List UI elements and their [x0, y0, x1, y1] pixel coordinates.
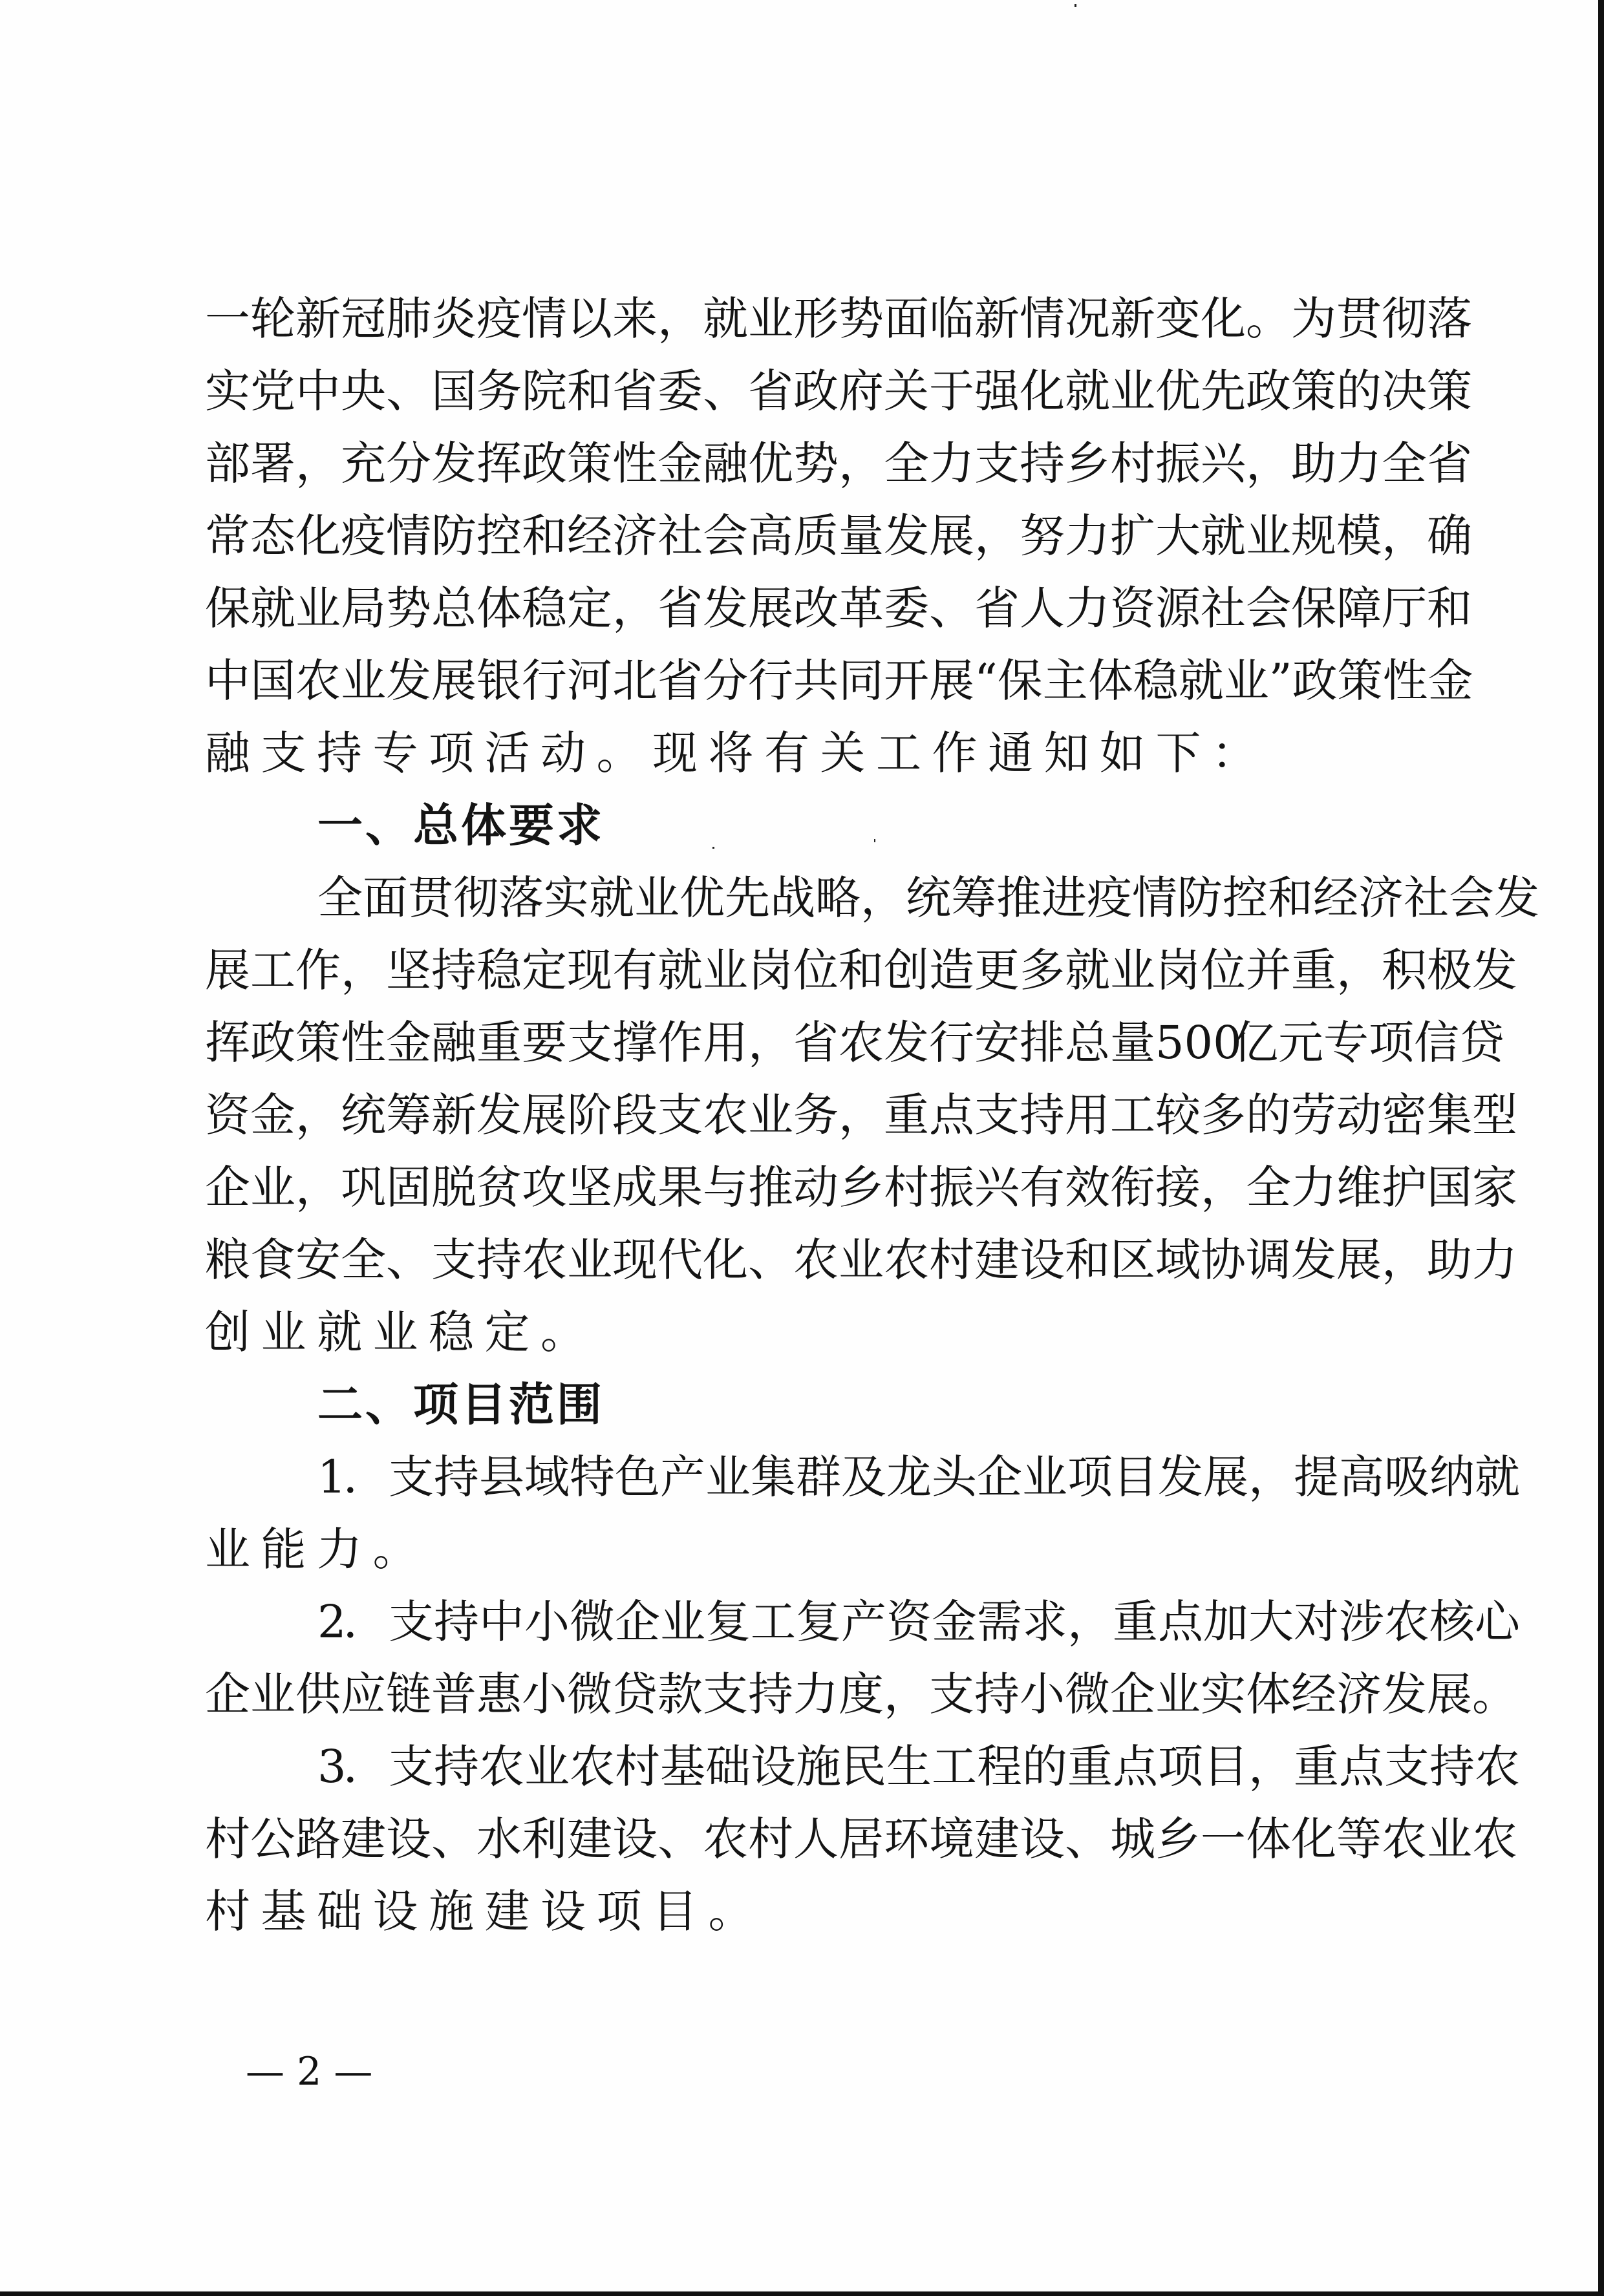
glyph: 持: [434, 1586, 479, 1658]
glyph: 新: [1110, 282, 1155, 355]
glyph: 发: [703, 572, 748, 644]
glyph: 业: [250, 1658, 295, 1730]
glyph: ”: [1269, 644, 1292, 717]
glyph: 分: [386, 427, 431, 500]
glyph: 重: [476, 1006, 522, 1079]
glyph: 模: [1336, 500, 1382, 572]
glyph: 经: [567, 500, 612, 572]
glyph: 多: [1020, 934, 1065, 1006]
glyph: 总: [431, 572, 476, 644]
glyph: 稳: [1133, 644, 1179, 717]
glyph: 振: [1155, 427, 1201, 500]
glyph: 位: [793, 934, 839, 1006]
glyph: 500: [1155, 1006, 1233, 1079]
glyph: 。: [1246, 282, 1291, 355]
glyph: 民: [841, 1730, 886, 1803]
glyph: ，: [1248, 1441, 1294, 1513]
glyph: 人: [1020, 572, 1065, 644]
glyph: 路: [295, 1803, 341, 1875]
glyph: ，: [861, 862, 906, 934]
glyph: 性: [1383, 644, 1428, 717]
glyph: 工: [932, 1730, 977, 1803]
glyph: 支: [431, 1224, 476, 1296]
glyph: 点: [929, 1079, 974, 1151]
glyph: 2: [317, 1586, 343, 1658]
glyph: 策: [1427, 355, 1472, 427]
glyph: 省: [658, 572, 703, 644]
glyph: 质: [793, 500, 839, 572]
glyph: 特: [570, 1441, 615, 1513]
glyph: ，: [839, 1079, 884, 1151]
glyph: 局: [341, 572, 386, 644]
glyph: 部: [205, 427, 250, 500]
page-number: — 2 —: [246, 2046, 372, 2098]
glyph: 支: [974, 1079, 1020, 1151]
glyph: 施: [796, 1730, 841, 1803]
glyph: 成: [612, 1151, 658, 1224]
glyph: 省: [612, 355, 658, 427]
list-item-3-line: 村基础设施建设项目。: [205, 1875, 1395, 1948]
glyph: 金: [250, 1079, 295, 1151]
body-line: 挥政策性金融重要支撑作用，省农发行安排总量500亿元专项信贷: [205, 1006, 1395, 1079]
glyph: 现: [567, 934, 612, 1006]
glyph: ，: [658, 282, 703, 355]
glyph: 复: [705, 1586, 751, 1658]
glyph: 业: [748, 1079, 793, 1151]
glyph: 位: [1201, 934, 1246, 1006]
section-heading-general-requirements: 一、总体要求: [205, 789, 1395, 862]
glyph: 目: [1203, 1730, 1248, 1803]
glyph: ，: [295, 1079, 341, 1151]
glyph: 贷: [1459, 1006, 1504, 1079]
glyph: 链: [386, 1658, 431, 1730]
glyph: 实: [1201, 1658, 1246, 1730]
glyph: 发: [1472, 934, 1517, 1006]
glyph: 建: [567, 1803, 612, 1875]
glyph: 委: [884, 572, 929, 644]
glyph: 巩: [341, 1151, 386, 1224]
glyph: 劳: [1291, 1079, 1336, 1151]
glyph: 障: [1336, 572, 1382, 644]
glyph: 、: [929, 572, 974, 644]
glyph: 统: [341, 1079, 386, 1151]
glyph: 乡: [1065, 427, 1110, 500]
glyph: 国: [250, 644, 295, 717]
glyph: 攻: [522, 1151, 567, 1224]
glyph: ，: [341, 934, 386, 1006]
glyph: 供: [295, 1658, 341, 1730]
glyph: 重: [1294, 1730, 1339, 1803]
glyph: 持: [748, 1658, 793, 1730]
glyph: 稳: [522, 572, 567, 644]
glyph: 工: [1110, 1079, 1155, 1151]
glyph: 疫: [476, 282, 522, 355]
glyph: 效: [1065, 1151, 1110, 1224]
glyph: 就: [250, 572, 295, 644]
glyph: 兴: [1201, 427, 1246, 500]
list-item-3-line: 村公路建设、水利建设、农村人居环境建设、城乡一体化等农业农: [205, 1803, 1395, 1875]
glyph: ，: [839, 427, 884, 500]
glyph: 推: [996, 862, 1042, 934]
glyph: 人: [793, 1803, 839, 1875]
glyph: 支: [929, 1658, 974, 1730]
body-line: 一轮新冠肺炎疫情以来，就业形势面临新情况新变化。为贯彻落: [205, 282, 1395, 355]
glyph: 复: [796, 1586, 841, 1658]
glyph: 行: [522, 644, 567, 717]
glyph: 粮: [205, 1224, 250, 1296]
glyph: 项: [1067, 1441, 1113, 1513]
glyph: 企: [205, 1658, 250, 1730]
glyph: 贯: [408, 862, 453, 934]
glyph: 融: [703, 427, 748, 500]
glyph: 国: [431, 355, 476, 427]
glyph: 发: [1382, 1658, 1427, 1730]
glyph: 委: [658, 355, 703, 427]
glyph: 力: [1472, 1224, 1517, 1296]
glyph: 居: [839, 1803, 884, 1875]
glyph: 业: [1427, 1803, 1472, 1875]
glyph: 持: [431, 934, 476, 1006]
glyph: 进: [1042, 862, 1087, 934]
glyph: 共: [793, 644, 839, 717]
glyph: 力: [929, 427, 974, 500]
glyph: 企: [1110, 1658, 1155, 1730]
document-page: 一轮新冠肺炎疫情以来，就业形势面临新情况新变化。为贯彻落 实党中央、国务院和省委…: [0, 0, 1604, 2296]
glyph: 展: [1336, 1224, 1382, 1296]
glyph: 新: [431, 1079, 476, 1151]
glyph: ，: [612, 572, 658, 644]
glyph: 。: [1472, 1658, 1517, 1730]
glyph: 重: [1113, 1586, 1158, 1658]
glyph: 河: [567, 644, 612, 717]
glyph: 建: [974, 1803, 1020, 1875]
glyph: 农: [570, 1730, 615, 1803]
glyph: 发: [1158, 1441, 1203, 1513]
glyph: 关: [884, 355, 929, 427]
glyph: 区: [1110, 1224, 1155, 1296]
glyph: 涉: [1339, 1586, 1384, 1658]
glyph: 强: [974, 355, 1020, 427]
glyph: 阶: [567, 1079, 612, 1151]
glyph: 肺: [386, 282, 431, 355]
glyph: 展: [431, 644, 476, 717]
glyph: 就: [589, 862, 634, 934]
glyph: 农: [703, 1803, 748, 1875]
glyph: 轮: [250, 282, 295, 355]
glyph: 基: [660, 1730, 705, 1803]
glyph: 资: [1110, 572, 1155, 644]
glyph: 规: [1291, 500, 1336, 572]
glyph: 开: [884, 644, 929, 717]
glyph: 头: [932, 1441, 977, 1513]
glyph: 企: [977, 1441, 1022, 1513]
glyph: 力: [1065, 572, 1110, 644]
glyph: ，: [748, 1006, 793, 1079]
glyph: 需: [977, 1586, 1022, 1658]
glyph: 银: [476, 644, 522, 717]
glyph: 色: [615, 1441, 660, 1513]
glyph: 社: [658, 500, 703, 572]
glyph: 型: [1472, 1079, 1517, 1151]
body-line: 创业就业稳定。: [205, 1296, 1395, 1368]
glyph: 业: [705, 1441, 751, 1513]
glyph: 济: [612, 500, 658, 572]
glyph: 安: [974, 1006, 1020, 1079]
glyph: 、: [386, 1224, 431, 1296]
glyph: 力: [1336, 427, 1382, 500]
glyph: 发: [386, 644, 431, 717]
glyph: 常: [205, 500, 250, 572]
glyph: 高: [1339, 1441, 1384, 1513]
glyph: 和: [839, 934, 884, 1006]
body-line: 融支持专项活动。现将有关工作通知如下：: [205, 717, 1395, 789]
glyph: 农: [522, 1224, 567, 1296]
glyph: 就: [1475, 1441, 1520, 1513]
glyph: 贫: [476, 1151, 522, 1224]
glyph: 业: [341, 644, 386, 717]
glyph: 就: [1179, 644, 1224, 717]
glyph: 业: [567, 1224, 612, 1296]
glyph: 专: [1323, 1006, 1369, 1079]
glyph: 情: [1132, 862, 1177, 934]
scan-border-right: [1598, 0, 1604, 2296]
body-line: 保就业局势总体稳定，省发展改革委、省人力资源社会保障厅和: [205, 572, 1395, 644]
glyph: 控: [1223, 862, 1268, 934]
glyph: 微: [1065, 1658, 1110, 1730]
glyph: 金: [1428, 644, 1473, 717]
glyph: 坚: [386, 934, 431, 1006]
glyph: 作: [658, 1006, 703, 1079]
glyph: 防: [431, 500, 476, 572]
glyph: 微: [570, 1586, 615, 1658]
glyph: 持: [974, 1658, 1020, 1730]
glyph: ．: [343, 1730, 389, 1803]
glyph: 要: [522, 1006, 567, 1079]
glyph: 维: [1336, 1151, 1382, 1224]
glyph: 求: [1022, 1586, 1067, 1658]
glyph: 集: [751, 1441, 796, 1513]
glyph: 政: [793, 355, 839, 427]
glyph: 持: [1020, 427, 1065, 500]
glyph: 业: [839, 1224, 884, 1296]
glyph: 设: [1020, 1224, 1065, 1296]
glyph: 务: [476, 355, 522, 427]
glyph: 发: [431, 427, 476, 500]
glyph: 就: [1065, 355, 1110, 427]
glyph: 助: [1291, 427, 1336, 500]
glyph: 心: [1475, 1586, 1520, 1658]
glyph: ．: [343, 1441, 389, 1513]
glyph: 和: [1268, 862, 1313, 934]
glyph: 展: [748, 572, 793, 644]
glyph: 农: [1472, 1803, 1517, 1875]
glyph: 发: [884, 1006, 929, 1079]
glyph: 提: [1294, 1441, 1339, 1513]
list-item-1-line: 业能力。: [205, 1513, 1395, 1586]
glyph: 城: [1110, 1803, 1155, 1875]
glyph: 公: [250, 1803, 295, 1875]
glyph: 支: [567, 1006, 612, 1079]
glyph: 村: [205, 1803, 250, 1875]
scan-border-bottom: [0, 2291, 1604, 2296]
glyph: 域: [524, 1441, 570, 1513]
glyph: 面: [363, 862, 408, 934]
glyph: 全: [884, 427, 929, 500]
glyph: 、: [431, 1803, 476, 1875]
glyph: 稳: [476, 934, 522, 1006]
glyph: 革: [839, 572, 884, 644]
glyph: 政: [1246, 355, 1291, 427]
glyph: 持: [476, 1224, 522, 1296]
glyph: 落: [1427, 282, 1472, 355]
glyph: 业: [1022, 1441, 1067, 1513]
glyph: 境: [929, 1803, 974, 1875]
glyph: 性: [341, 1006, 386, 1079]
glyph: 央: [341, 355, 386, 427]
glyph: 定: [522, 934, 567, 1006]
glyph: 总: [1065, 1006, 1110, 1079]
glyph: 村: [748, 1803, 793, 1875]
glyph: 疫: [341, 500, 386, 572]
glyph: 助: [1427, 1224, 1472, 1296]
glyph: 有: [1020, 1151, 1065, 1224]
glyph: 改: [793, 572, 839, 644]
glyph: 核: [1429, 1586, 1475, 1658]
glyph: 国: [1427, 1151, 1472, 1224]
glyph: ，: [1201, 1151, 1246, 1224]
glyph: 为: [1291, 282, 1336, 355]
glyph: 支: [1384, 1730, 1429, 1803]
glyph: 省: [1427, 427, 1472, 500]
glyph: 加: [1203, 1586, 1248, 1658]
glyph: 力: [793, 1658, 839, 1730]
glyph: 建: [974, 1224, 1020, 1296]
glyph: 代: [658, 1224, 703, 1296]
glyph: 点: [1339, 1730, 1384, 1803]
glyph: 域: [1155, 1224, 1201, 1296]
glyph: 接: [1155, 1151, 1201, 1224]
glyph: 业: [660, 1586, 705, 1658]
glyph: 、: [386, 355, 431, 427]
glyph: 策: [567, 427, 612, 500]
glyph: 一: [1201, 1803, 1246, 1875]
glyph: 点: [1158, 1586, 1203, 1658]
body-line: 中国农业发展银行河北省分行共同开展“保主体稳就业”政策性金: [205, 644, 1395, 717]
body-line: 常态化疫情防控和经济社会高质量发展，努力扩大就业规模，确: [205, 500, 1395, 572]
glyph: 金: [386, 1006, 431, 1079]
glyph: 段: [612, 1079, 658, 1151]
glyph: 食: [250, 1224, 295, 1296]
glyph: 临: [929, 282, 974, 355]
glyph: 的: [1336, 355, 1382, 427]
glyph: 撑: [612, 1006, 658, 1079]
glyph: 发: [1494, 862, 1539, 934]
glyph: 较: [1155, 1079, 1201, 1151]
glyph: 重: [1291, 934, 1336, 1006]
glyph: 设: [751, 1730, 796, 1803]
glyph: 生: [886, 1730, 932, 1803]
glyph: 展: [1427, 1658, 1472, 1730]
glyph: 会: [703, 500, 748, 572]
glyph: 用: [703, 1006, 748, 1079]
list-item-2-line: 2．支持中小微企业复工复产资金需求，重点加大对涉农核心: [205, 1586, 1395, 1658]
glyph: 社: [1201, 572, 1246, 644]
glyph: 和: [1427, 572, 1472, 644]
glyph: ，: [1067, 1586, 1113, 1658]
body-line: 资金，统筹新发展阶段支农业务，重点支持用工较多的劳动密集型: [205, 1079, 1395, 1151]
glyph: 农: [884, 1224, 929, 1296]
glyph: 资: [205, 1079, 250, 1151]
glyph: 贯: [1336, 282, 1382, 355]
glyph: 政: [250, 1006, 295, 1079]
glyph: 全: [1246, 1151, 1291, 1224]
glyph: 持: [1020, 1079, 1065, 1151]
glyph: ，: [1336, 934, 1382, 1006]
body-line: 实党中央、国务院和省委、省政府关于强化就业优先政策的决策: [205, 355, 1395, 427]
glyph: 展: [1203, 1441, 1248, 1513]
glyph: 密: [1382, 1079, 1427, 1151]
glyph: 农: [1382, 1803, 1427, 1875]
glyph: 信: [1414, 1006, 1459, 1079]
glyph: 支: [389, 1586, 434, 1658]
glyph: ，: [1246, 427, 1291, 500]
glyph: 量: [1110, 1006, 1155, 1079]
glyph: 化: [1291, 1803, 1336, 1875]
scan-speck: [1075, 4, 1076, 7]
glyph: 贷: [612, 1658, 658, 1730]
glyph: 支: [974, 427, 1020, 500]
glyph: 署: [250, 427, 295, 500]
glyph: 业: [748, 282, 793, 355]
glyph: ．: [343, 1586, 389, 1658]
glyph: 并: [1246, 934, 1291, 1006]
glyph: 多: [1201, 1079, 1246, 1151]
glyph: 重: [1067, 1730, 1113, 1803]
glyph: 战: [770, 862, 815, 934]
glyph: 业: [1224, 644, 1269, 717]
glyph: 、: [748, 1224, 793, 1296]
glyph: 持: [434, 1441, 479, 1513]
glyph: 体: [1246, 1658, 1291, 1730]
glyph: ，: [295, 427, 341, 500]
glyph: 衔: [1110, 1151, 1155, 1224]
glyph: 龙: [886, 1441, 932, 1513]
glyph: 发: [884, 500, 929, 572]
glyph: 济: [1358, 862, 1404, 934]
glyph: 坚: [567, 1151, 612, 1224]
glyph: 惠: [476, 1658, 522, 1730]
glyph: 防: [1177, 862, 1223, 934]
glyph: 积: [1382, 934, 1427, 1006]
list-item-3-line: 3．支持农业农村基础设施民生工程的重点项目，重点支持农: [205, 1730, 1395, 1803]
glyph: 况: [1065, 282, 1110, 355]
glyph: 优: [748, 427, 793, 500]
glyph: 府: [839, 355, 884, 427]
glyph: 疫: [1087, 862, 1132, 934]
glyph: 筹: [951, 862, 996, 934]
glyph: 作: [295, 934, 341, 1006]
glyph: 造: [929, 934, 974, 1006]
glyph: 势: [839, 282, 884, 355]
glyph: 控: [476, 500, 522, 572]
glyph: 全: [317, 862, 363, 934]
glyph: 源: [1155, 572, 1201, 644]
glyph: 情: [522, 282, 567, 355]
glyph: 调: [1246, 1224, 1291, 1296]
glyph: 力: [1291, 1151, 1336, 1224]
glyph: 1: [317, 1441, 343, 1513]
glyph: 村: [1110, 427, 1155, 500]
